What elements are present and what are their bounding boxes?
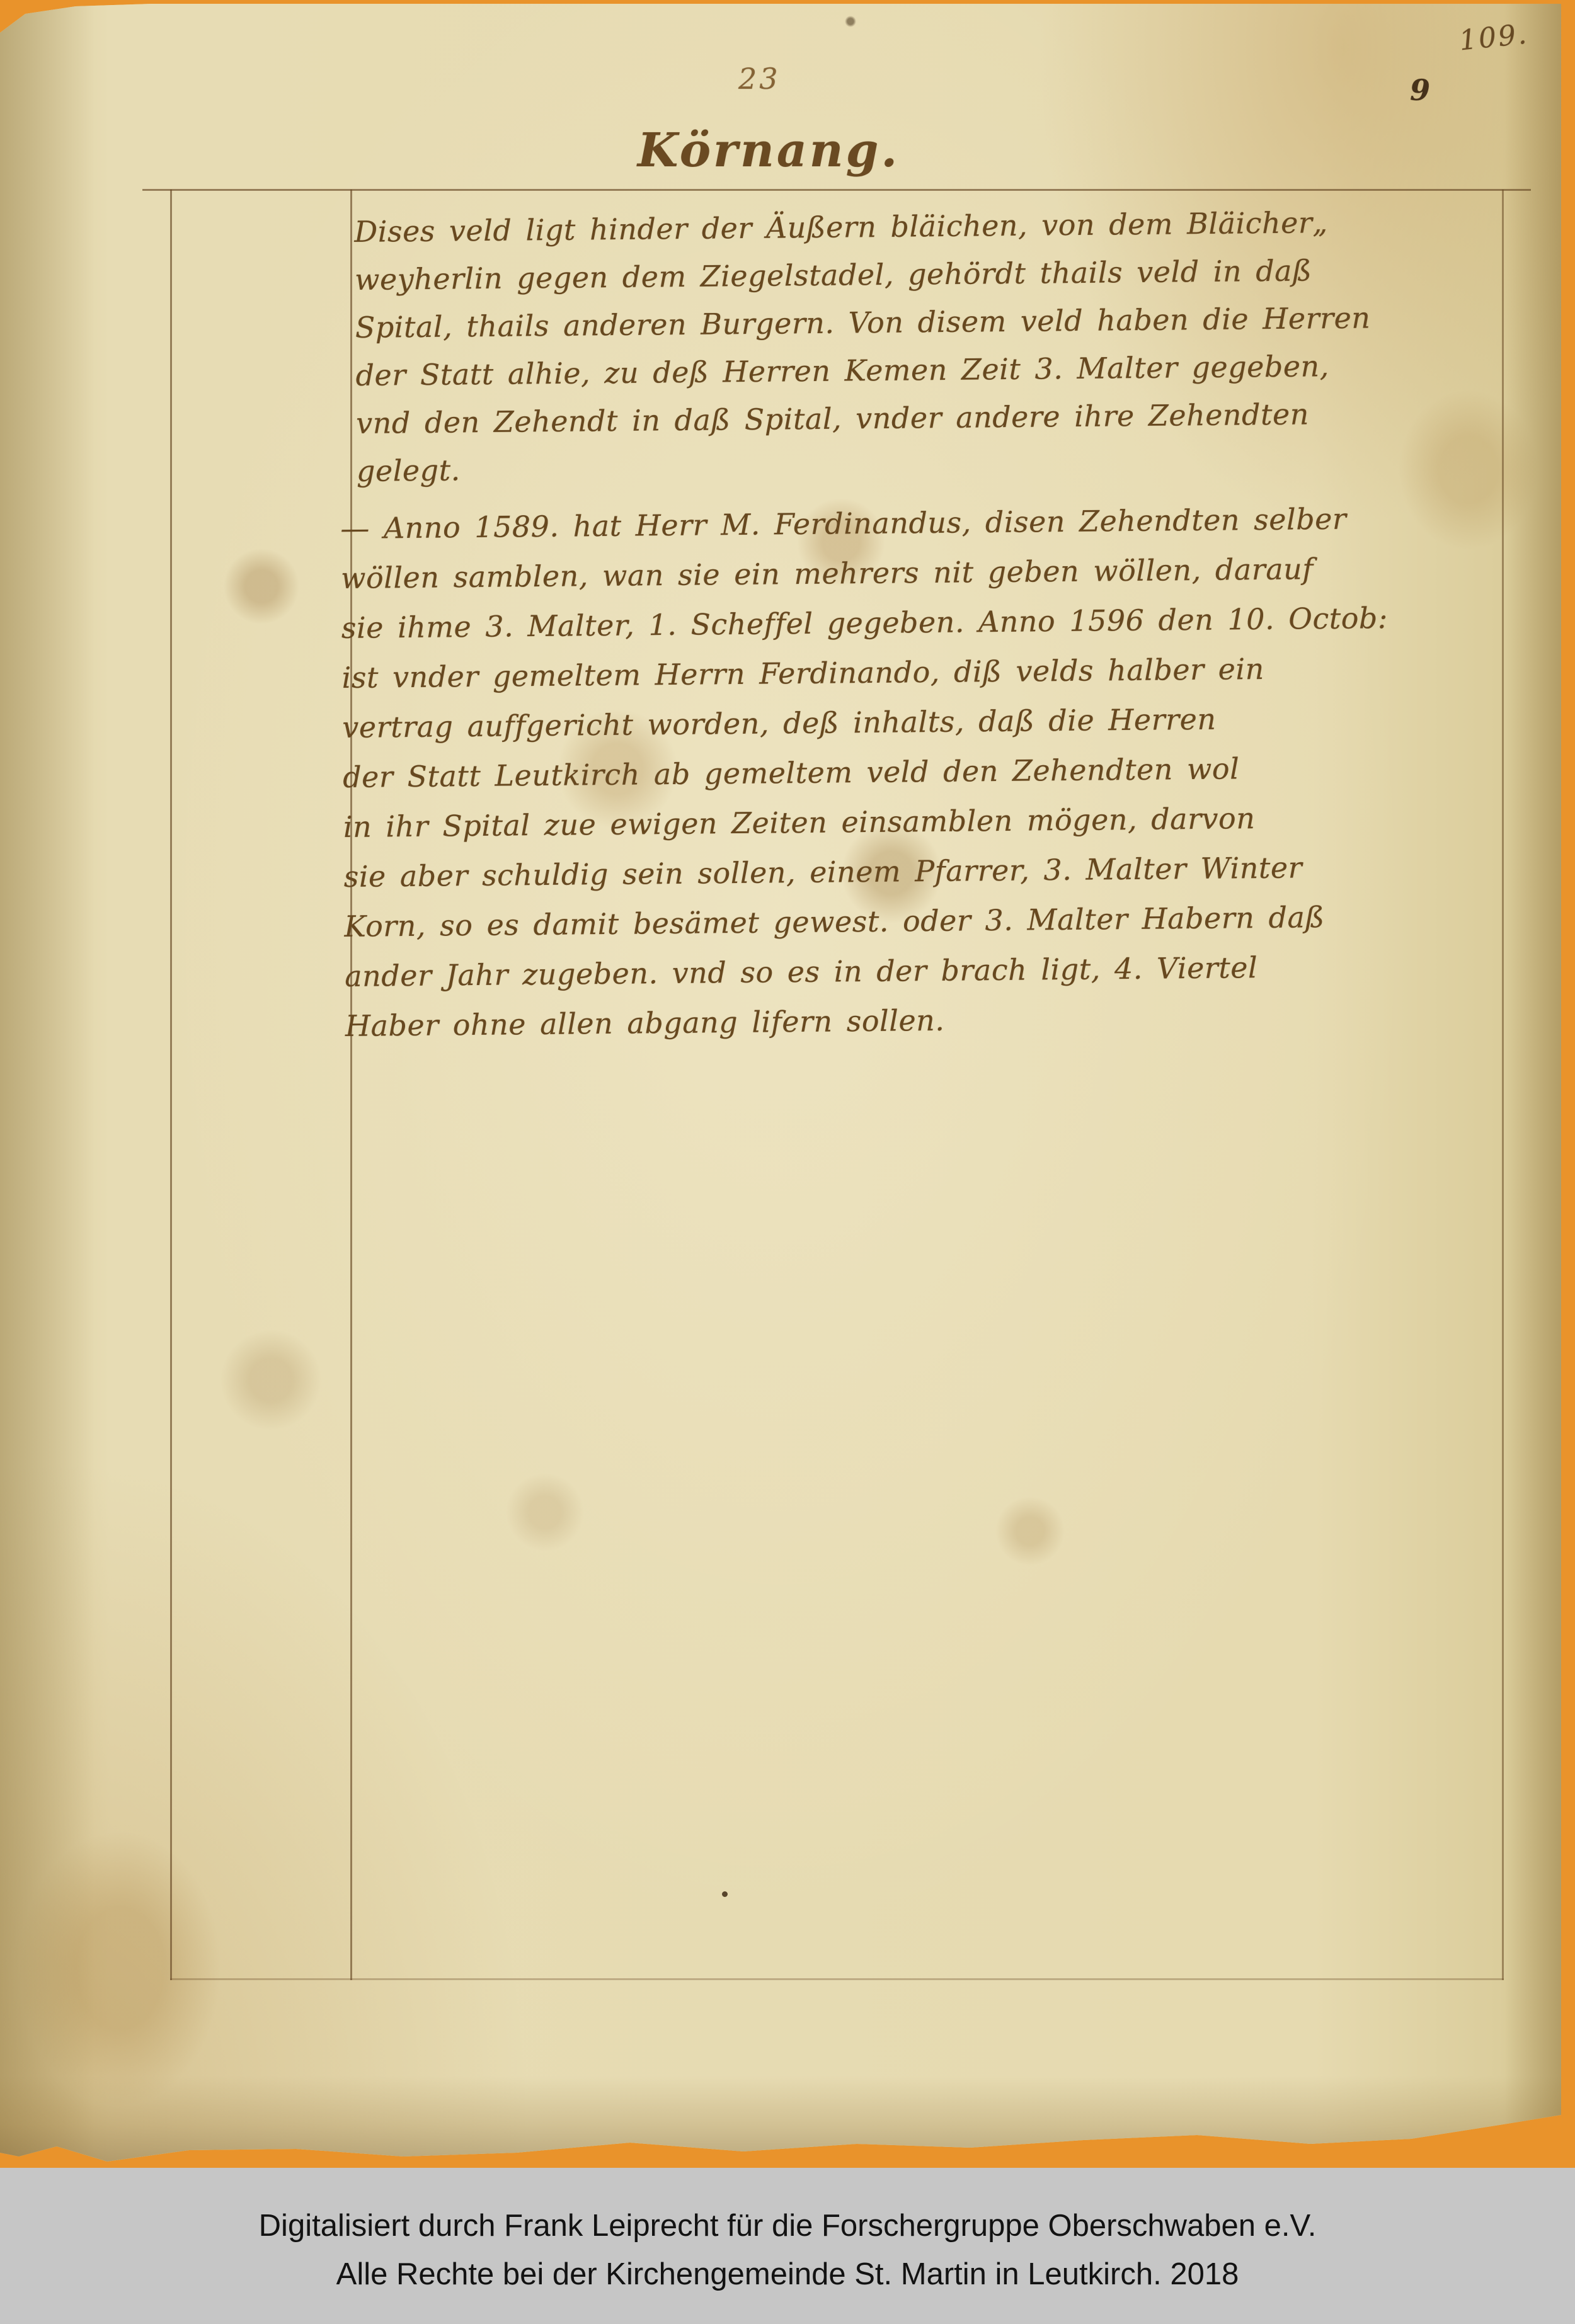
page-title: Körnang.: [638, 123, 900, 178]
caption-line-1: Digitalisiert durch Frank Leiprecht für …: [0, 2202, 1575, 2250]
manuscript-line: Haber ohne allen abgang lifern sollen.: [345, 991, 1392, 1051]
book-gutter-shadow: [0, 4, 94, 2164]
manuscript-line: ist vnder gemeltem Herrn Ferdinando, diß…: [341, 643, 1389, 703]
page-edge-shadow: [1504, 4, 1561, 2164]
ink-mark: 9: [1410, 73, 1430, 107]
ink-dot: [722, 1891, 728, 1897]
scan-background: 23 109. 9 Körnang. Dises veld ligt hinde…: [0, 0, 1575, 2324]
manuscript-line: ander Jahr zugeben. vnd so es in der bra…: [345, 942, 1392, 1001]
manuscript-line: gelegt.: [357, 438, 1372, 495]
manuscript-line: vnd den Zehendt in daß Spital, vnder and…: [356, 390, 1372, 447]
frame-rule-left-inner: [350, 190, 352, 1980]
frame-rule-left-outer: [170, 190, 172, 1980]
manuscript-paragraph-1: Dises veld ligt hinder der Äußern bläich…: [354, 198, 1372, 495]
manuscript-paragraph-2: — Anno 1589. hat Herr M. Ferdinandus, di…: [340, 494, 1392, 1051]
frame-rule-bottom: [170, 1978, 1504, 1980]
frame-rule-right: [1502, 190, 1504, 1980]
page-bottom-edge: [0, 2076, 1561, 2164]
caption-line-2: Alle Rechte bei der Kirchengemeinde St. …: [0, 2250, 1575, 2299]
caption-band: Digitalisiert durch Frank Leiprecht für …: [0, 2168, 1575, 2324]
corner-note: 23: [738, 62, 781, 96]
